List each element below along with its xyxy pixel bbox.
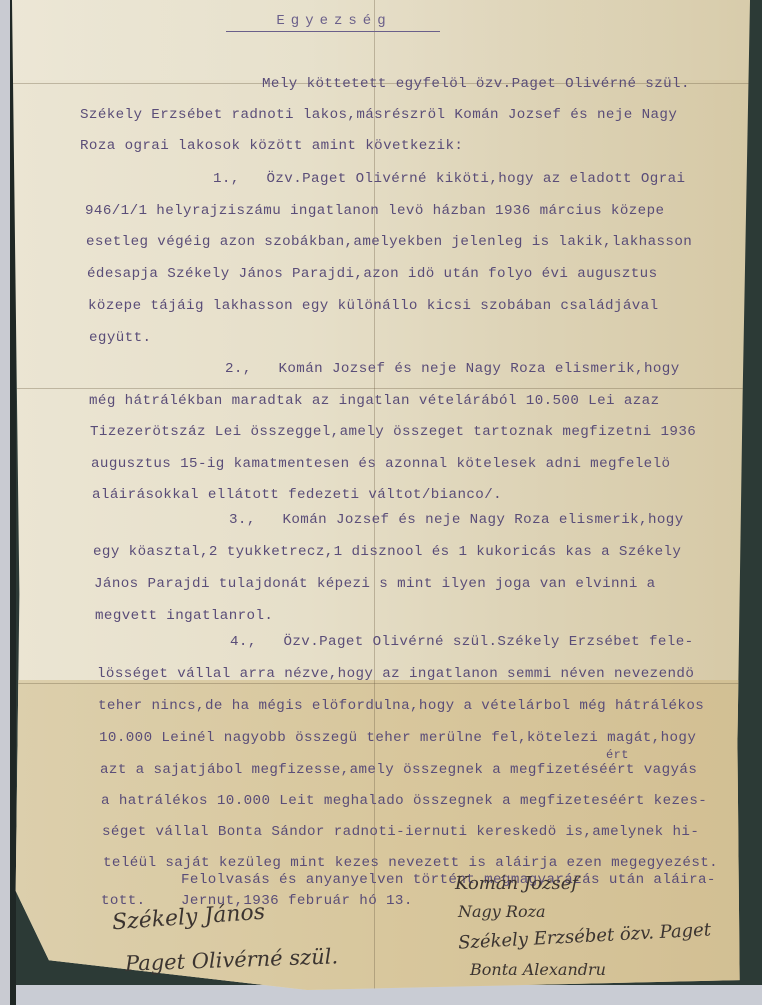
- interlinear-insertion: ért: [606, 748, 629, 762]
- intro-line: Roza ograi lakosok között amint következ…: [80, 138, 463, 154]
- clause-3-line: megvett ingatlanrol.: [95, 608, 273, 624]
- signature-right-4: Bonta Alexandru: [470, 960, 606, 979]
- clause-2-line: augusztus 15-ig kamatmentesen és azonnal…: [91, 456, 670, 472]
- clause-2-line: Tizezerötszáz Lei összeggel,amely összeg…: [90, 424, 696, 440]
- clause-4-line: 10.000 Leinél nagyobb összegü teher merü…: [99, 730, 696, 746]
- signature-right-2: Nagy Roza: [458, 902, 546, 921]
- clause-1-line: közepe tájáig lakhasson egy különállo ki…: [88, 298, 659, 314]
- clause-4-line: teher nincs,de ha mégis elöfordulna,hogy…: [98, 698, 704, 714]
- clause-4-line: lösséget vállal arra nézve,hogy az ingat…: [97, 666, 694, 682]
- clause-3-line: 3., Komán Jozsef és neje Nagy Roza elism…: [229, 512, 684, 528]
- clause-4-line: 4., Özv.Paget Olivérné szül.Székely Erzs…: [230, 634, 694, 650]
- fold-line: [12, 388, 750, 389]
- clause-2-line: még hátrálékban maradtak az ingatlan vét…: [89, 393, 660, 409]
- intro-line: Mely köttetett egyfelöl özv.Paget Olivér…: [262, 76, 690, 92]
- document-title: Egyezség: [228, 13, 440, 29]
- closing-line: Felolvasás és anyanyelven történt megmag…: [181, 872, 716, 888]
- clause-1-line: 1., Özv.Paget Olivérné kiköti,hogy az el…: [213, 171, 685, 187]
- clause-1-line: édesapja Székely János Parajdi,azon idö …: [87, 266, 658, 282]
- clause-3-line: egy köasztal,2 tyukketrecz,1 disznool és…: [93, 544, 681, 560]
- clause-4-line: séget vállal Bonta Sándor radnoti-iernut…: [102, 824, 699, 840]
- clause-4-line: a hatrálékos 10.000 Leit meghalado össze…: [101, 793, 707, 809]
- clause-4-line: azt a sajatjábol megfizesse,amely összeg…: [100, 762, 697, 778]
- clause-1-line: esetleg végéig azon szobákban,amelyekben…: [86, 234, 692, 250]
- clause-2-line: aláirásokkal ellátott fedezeti váltot/bi…: [92, 487, 502, 503]
- closing-line: tott.: [101, 893, 146, 909]
- clause-3-line: János Parajdi tulajdonát képezi s mint i…: [94, 576, 656, 592]
- title-underline: [226, 31, 440, 32]
- clause-1-line: együtt.: [89, 330, 151, 346]
- clause-2-line: 2., Komán Jozsef és neje Nagy Roza elism…: [225, 361, 680, 377]
- fold-line: [12, 683, 750, 684]
- intro-line: Székely Erzsébet radnoti lakos,másrészrö…: [80, 107, 677, 123]
- signature-right-1: Komán Jozsef: [455, 873, 578, 894]
- clause-4-line: teléül saját kezüleg mint kezes nevezett…: [103, 855, 718, 871]
- clause-1-line: 946/1/1 helyrajziszámu ingatlanon levö h…: [85, 203, 664, 219]
